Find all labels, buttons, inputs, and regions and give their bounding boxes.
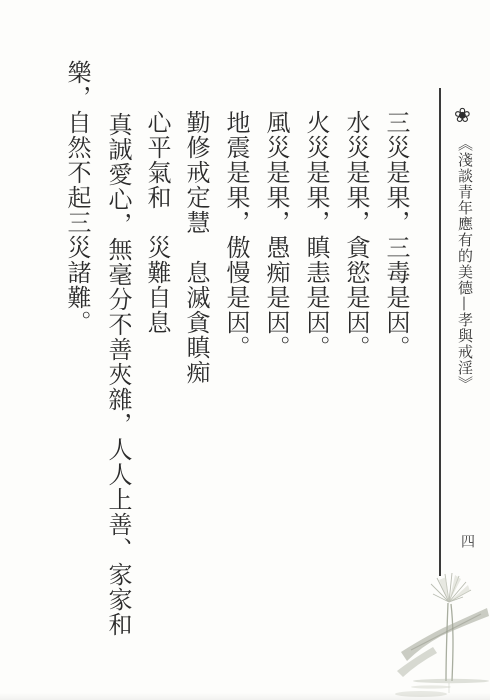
text-column-3: 火災是果，瞋恚是因。 <box>302 110 330 360</box>
lotus-leaf-main <box>401 608 489 661</box>
book-title: 《淺談青年應有的美德—孝與戒淫》 <box>453 136 477 392</box>
flower-ornament-icon: ❀ <box>454 104 471 126</box>
text-column-5: 地震是果，傲慢是因。 <box>222 110 250 360</box>
margin-rule <box>439 88 441 576</box>
text-column-1: 三災是果，三毒是因。 <box>382 110 410 360</box>
text-column-2: 水災是果，貪慾是因。 <box>342 110 370 360</box>
page-edge-shading <box>0 693 490 700</box>
text-column-9: 樂，自然不起三災諸難。 <box>63 60 91 335</box>
lotus-petal-fills <box>439 575 470 602</box>
lotus-ink-painting <box>393 570 490 700</box>
text-column-7: 心平氣和 災難自息 <box>143 110 171 335</box>
text-column-6: 勤修戒定慧 息滅貪瞋痴 <box>182 110 210 385</box>
page-number: 四 <box>457 534 477 548</box>
book-page: ❀ 《淺談青年應有的美德—孝與戒淫》 四 三災是果，三毒是因。 水災是果，貪慾是… <box>0 0 490 700</box>
text-column-4: 風災是果，愚痴是因。 <box>262 110 290 360</box>
text-column-8: 真誠愛心，無毫分不善夾雜，人人上善、家家和 <box>104 112 132 637</box>
lotus-stems <box>446 603 453 681</box>
